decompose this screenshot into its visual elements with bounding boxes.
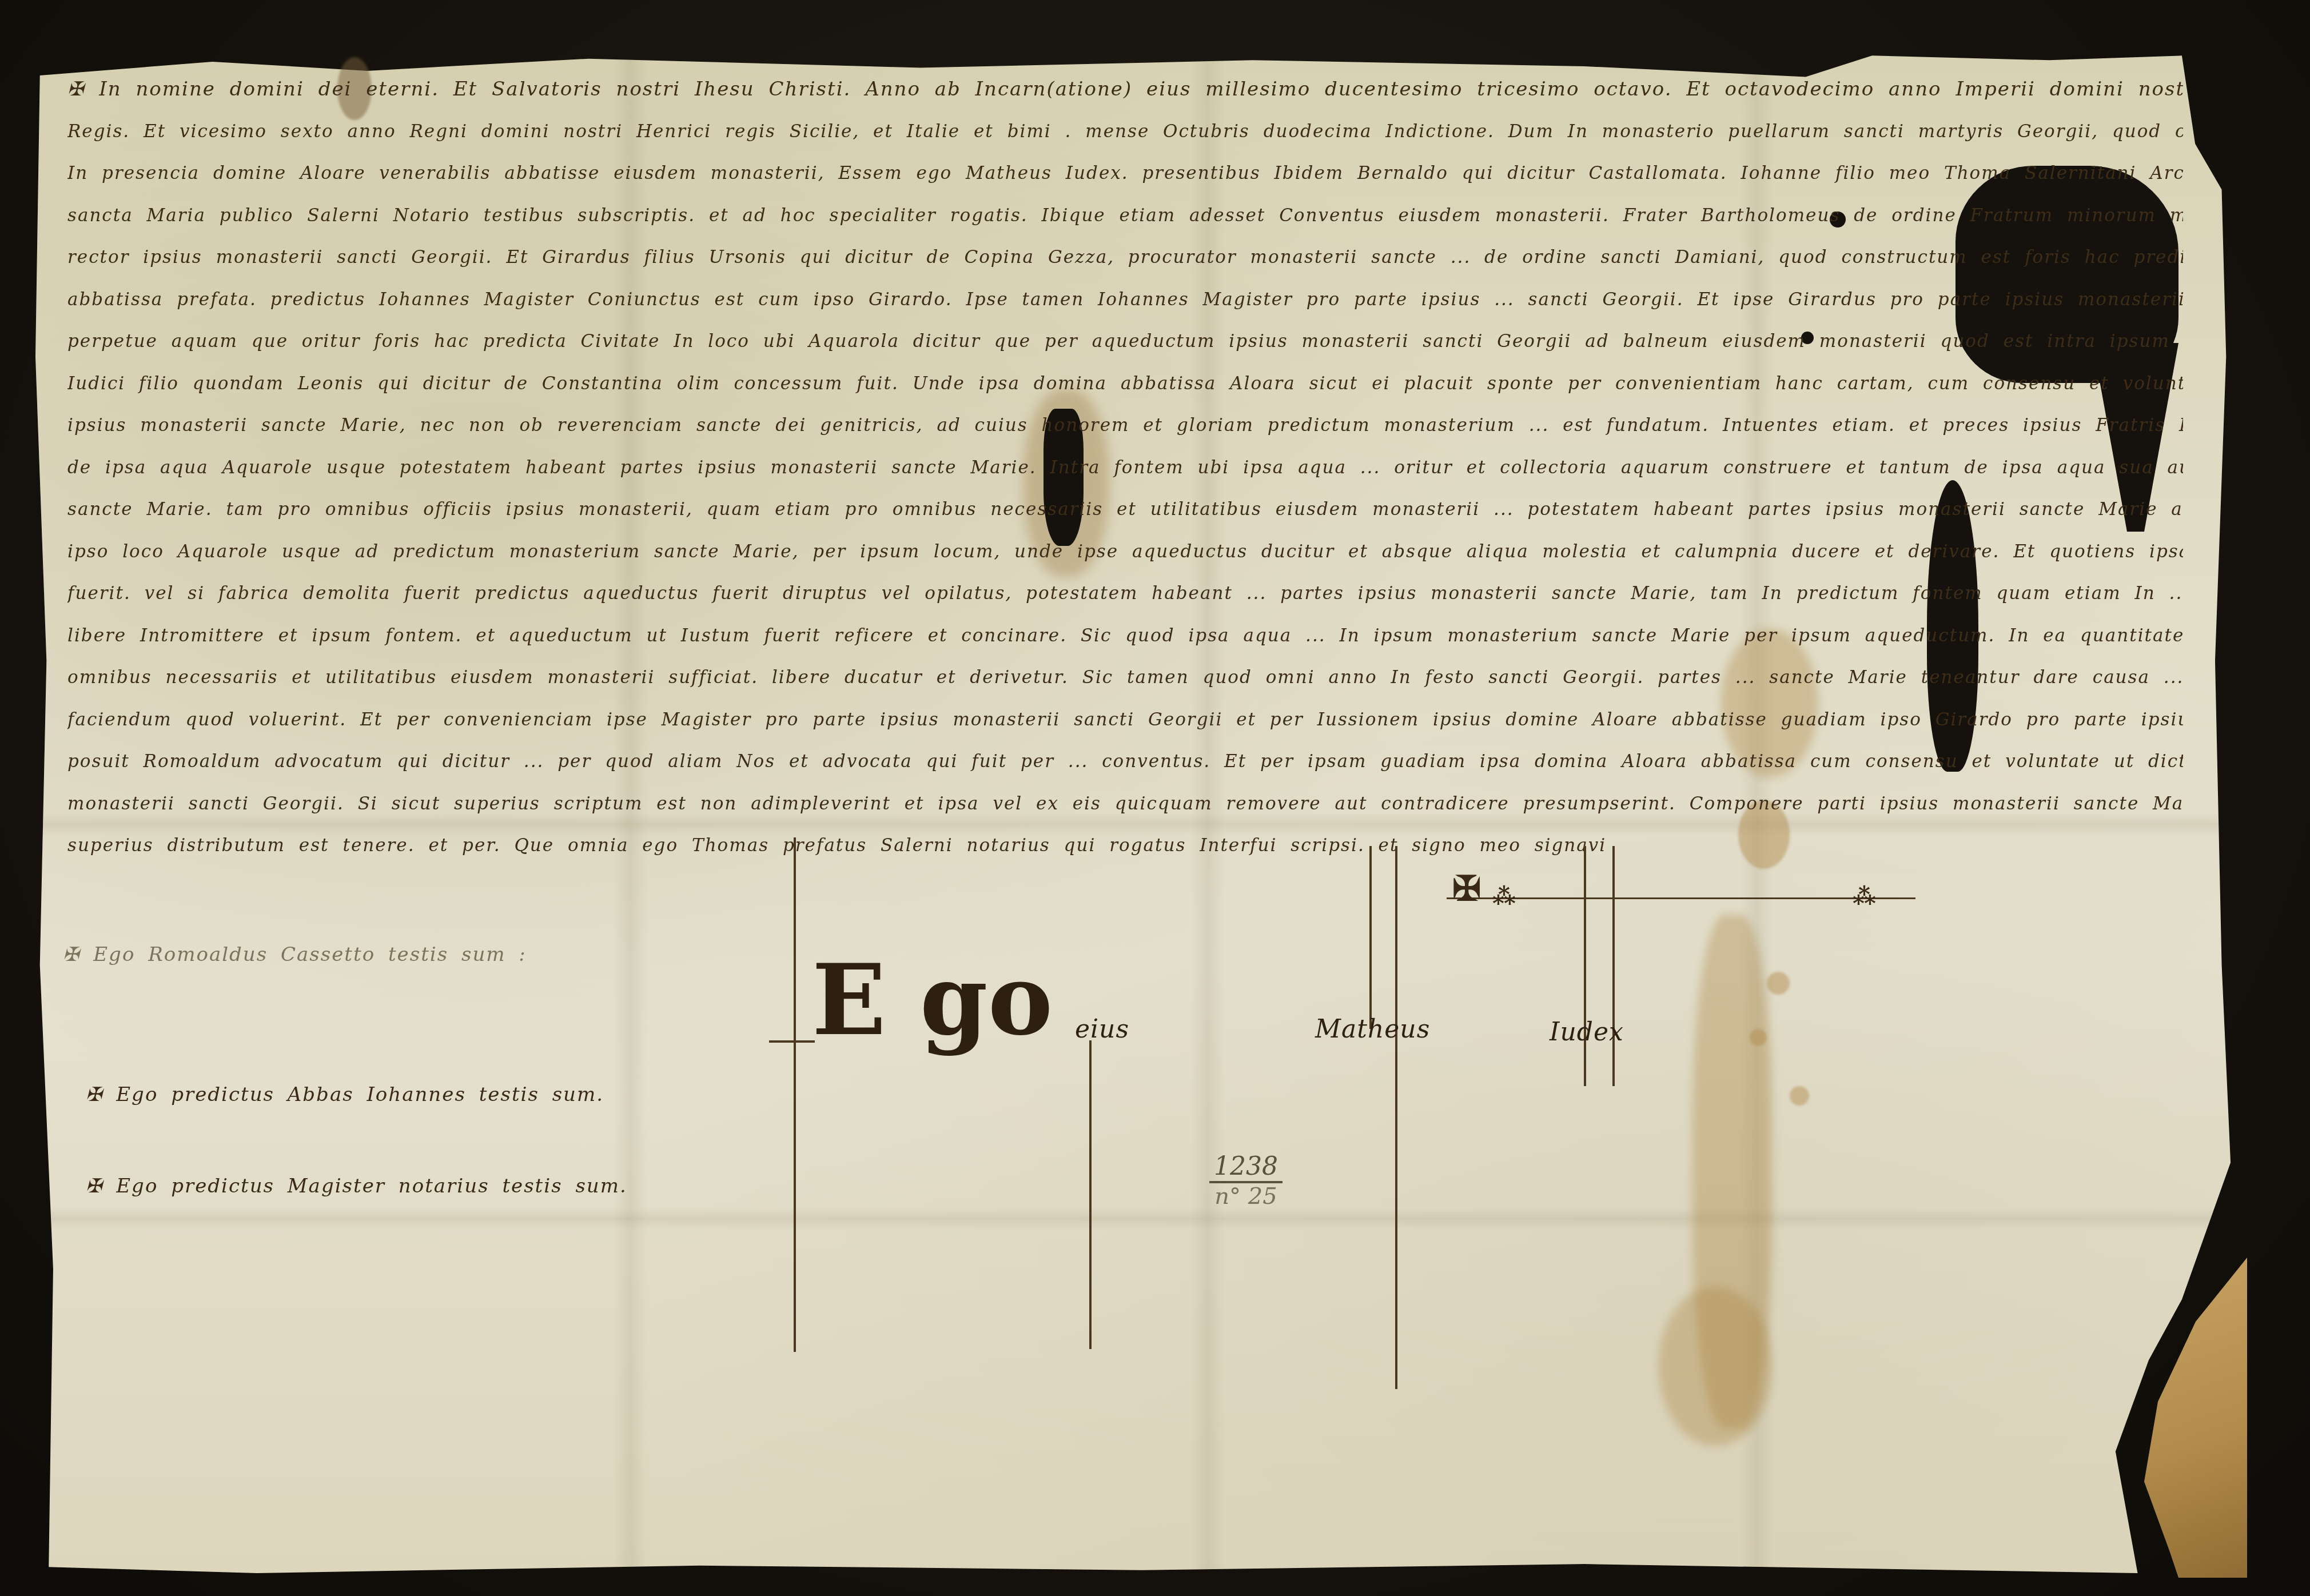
signature-stroke [1369,846,1372,1029]
fold-crease [35,1207,2248,1230]
notary-signum-cross: ✠ [1452,869,1481,909]
text-line: sancta Maria publico Salerni Notario tes… [67,195,2183,237]
signature-word-iudex: Iudex [1550,1018,1624,1047]
signature-stroke [1612,846,1615,1086]
monogram-E: E go [812,943,1053,1058]
text-line: monasterii sancti Georgii. Si sicut supe… [67,783,2183,825]
text-line: posuit Romoaldum advocatum qui dicitur .… [67,741,2183,783]
witness-signature-notarius: ✠ Ego predictus Magister notarius testis… [86,1175,627,1198]
text-line: ✠ In nomine domini dei eterni. Et Salvat… [67,69,2183,111]
text-line: fuerit. vel si fabrica demolita fuerit p… [67,573,2183,615]
charter-text: ✠ In nomine domini dei eterni. Et Salvat… [67,69,2183,867]
signature-stroke [794,837,796,1352]
text-line: superius distributum est tenere. et per.… [67,825,2183,867]
stain-drop [1750,1029,1767,1046]
notary-signum-line [1447,897,1915,899]
text-line: In presencia domine Aloare venerabilis a… [67,153,2183,195]
text-line: abbatissa prefata. predictus Iohannes Ma… [67,279,2183,321]
text-line: ipsius monasterii sancte Marie, nec non … [67,405,2183,447]
text-line: perpetue aquam que oritur foris hac pred… [67,321,2183,363]
archival-year: 1238 [1209,1152,1283,1183]
text-line: faciendum quod voluerint. Et per conveni… [67,699,2183,741]
text-line: de ipsa aqua Aquarole usque potestatem h… [67,447,2183,489]
archival-note: 1238 n° 25 [1209,1152,1283,1210]
archival-number: n° 25 [1209,1183,1283,1210]
text-line: libere Intromittere et ipsum fontem. et … [67,615,2183,657]
text-line: ipso loco Aquarole usque ad predictum mo… [67,531,2183,573]
signature-stroke [1584,846,1586,1086]
notary-signum-mark: ⁂ [1853,883,1876,910]
text-line: sancte Marie. tam pro omnibus officiis i… [67,489,2183,531]
text-line: Iudici filio quondam Leonis qui dicitur … [67,363,2183,405]
signature-word-eius: eius [1075,1015,1129,1044]
notary-signum-mark: ⁂ [1492,883,1516,910]
text-line: rector ipsius monasterii sancti Georgii.… [67,237,2183,279]
stain-drop [1790,1086,1809,1106]
text-line: omnibus necessariis et utilitatibus eius… [67,657,2183,699]
witness-signature-abbas: ✠ Ego predictus Abbas Iohannes testis su… [86,1083,604,1106]
stain-drop [1767,972,1790,995]
cross-bar [769,1040,815,1043]
water-stain [1658,1286,1773,1446]
signature-word-matheus: Matheus [1315,1015,1430,1044]
signature-stroke [1089,1040,1092,1349]
text-line: Regis. Et vicesimo sexto anno Regni domi… [67,111,2183,153]
witness-signature-romoaldus: ✠ Ego Romoaldus Cassetto testis sum : [63,943,527,966]
signature-stroke [1395,846,1397,1389]
